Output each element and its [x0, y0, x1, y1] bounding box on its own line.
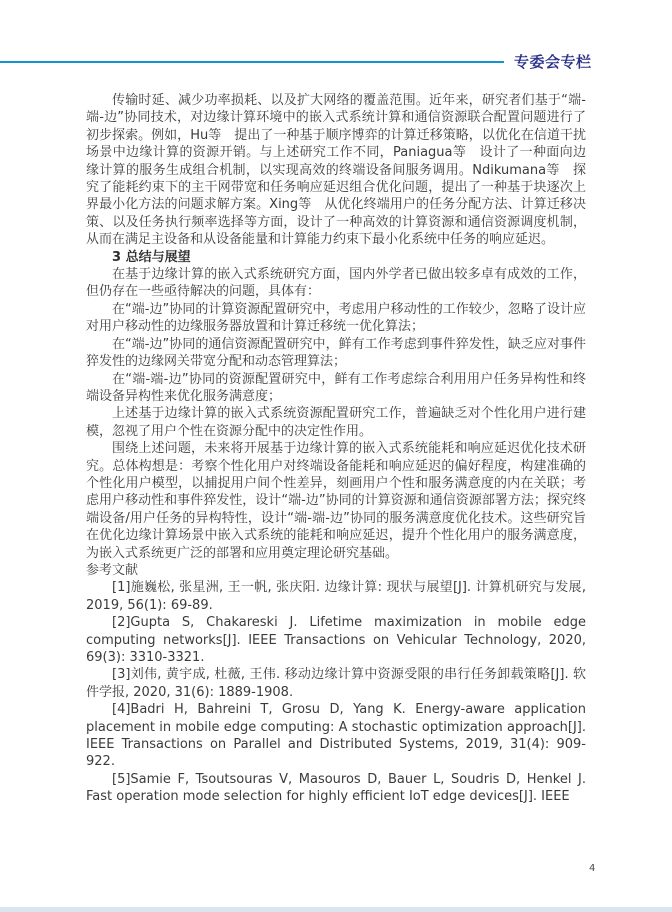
reference-item: [3]刘伟, 黄宇成, 杜薇, 王伟. 移动边缘计算中资源受限的串行任务卸载策略… — [86, 666, 586, 701]
paragraph: 在“端-边”协同的计算资源配置研究中，考虑用户移动性的工作较少，忽略了设计应对用… — [86, 301, 586, 336]
footer-accent-bar — [0, 907, 672, 912]
paragraph: 上述基于边缘计算的嵌入式系统资源配置研究工作，普遍缺乏对个性化用户进行建模，忽视… — [86, 405, 586, 440]
paragraph: 在基于边缘计算的嵌入式系统研究方面，国内外学者已做出较多卓有成效的工作，但仍存在… — [86, 266, 586, 301]
header-accent-rule — [0, 61, 504, 63]
section-heading: 3 总结与展望 — [86, 249, 586, 266]
paragraph: 传输时延、减少功率损耗、以及扩大网络的覆盖范围。近年来，研究者们基于“端-端-边… — [86, 92, 586, 249]
reference-item: [2]Gupta S, Chakareski J. Lifetime maxim… — [86, 614, 586, 666]
reference-item: [4]Badri H, Bahreini T, Grosu D, Yang K.… — [86, 701, 586, 771]
column-header-title: 专委会专栏 — [514, 51, 592, 72]
article-body: 传输时延、减少功率损耗、以及扩大网络的覆盖范围。近年来，研究者们基于“端-端-边… — [86, 92, 586, 806]
references-heading: 参考文献 — [86, 562, 586, 579]
paragraph: 在“端-边”协同的通信资源配置研究中，鲜有工作考虑到事件猝发性，缺乏应对事件猝发… — [86, 336, 586, 371]
paragraph: 在“端-端-边”协同的资源配置研究中，鲜有工作考虑综合利用用户任务异构性和终端设… — [86, 371, 586, 406]
reference-item: [1]施巍松, 张星洲, 王一帆, 张庆阳. 边缘计算: 现状与展望[J]. 计… — [86, 579, 586, 614]
reference-item: [5]Samie F, Tsoutsouras V, Masouros D, B… — [86, 771, 586, 806]
page-number: 4 — [589, 863, 595, 874]
document-page: 专委会专栏 传输时延、减少功率损耗、以及扩大网络的覆盖范围。近年来，研究者们基于… — [0, 0, 672, 912]
paragraph: 围绕上述问题，未来将开展基于边缘计算的嵌入式系统能耗和响应延迟优化技术研究。总体… — [86, 440, 586, 562]
